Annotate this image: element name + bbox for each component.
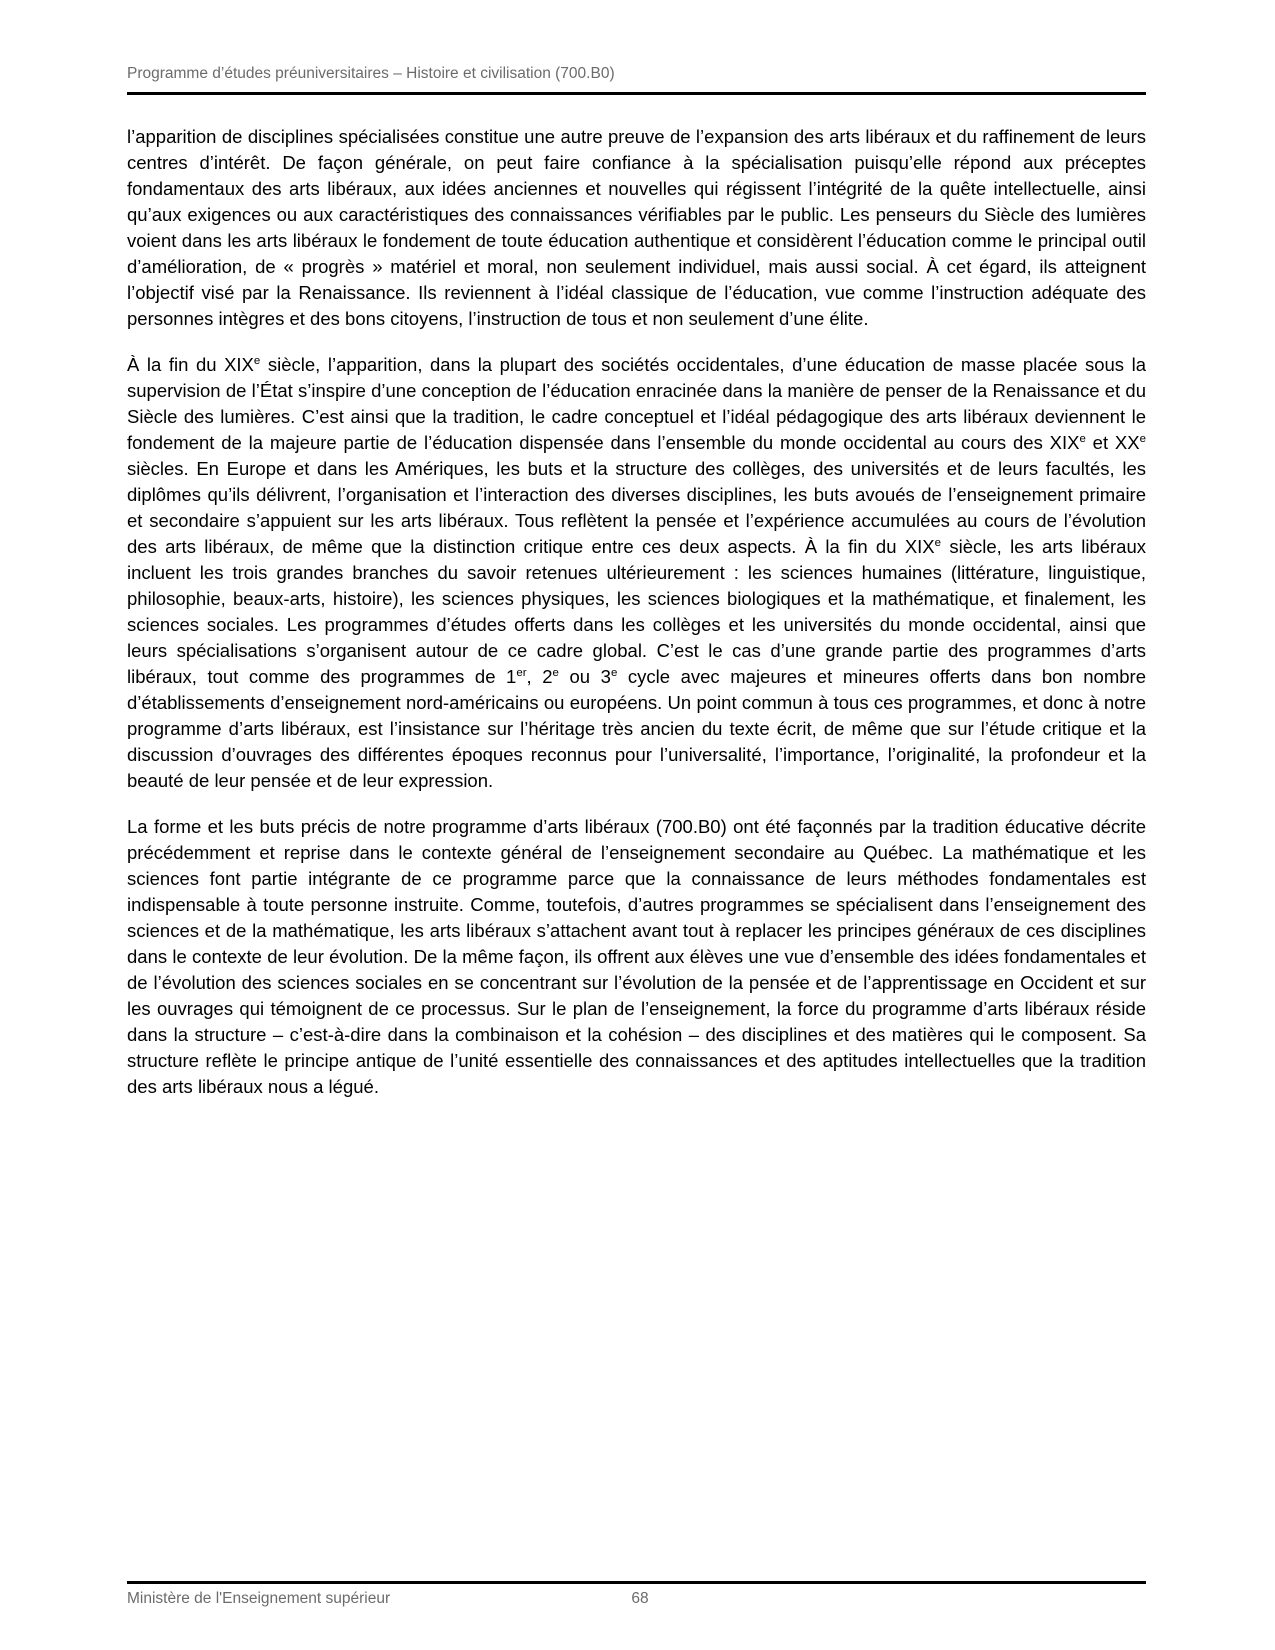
footer-page-number: 68 <box>631 1590 648 1608</box>
body-paragraph-1: l’apparition de disciplines spécialisées… <box>127 124 1146 332</box>
body-paragraph-3: La forme et les buts précis de notre pro… <box>127 814 1146 1100</box>
document-page: Programme d’études préuniversitaires – H… <box>0 0 1275 1650</box>
footer-ministry: Ministère de l'Enseignement supérieur <box>127 1590 390 1608</box>
header-rule <box>127 92 1146 95</box>
header-title: Programme d’études préuniversitaires – H… <box>127 64 1146 84</box>
body-paragraph-2: À la fin du XIXe siècle, l’apparition, d… <box>127 352 1146 794</box>
footer-rule <box>127 1581 1146 1584</box>
body-text: l’apparition de disciplines spécialisées… <box>127 124 1146 1120</box>
